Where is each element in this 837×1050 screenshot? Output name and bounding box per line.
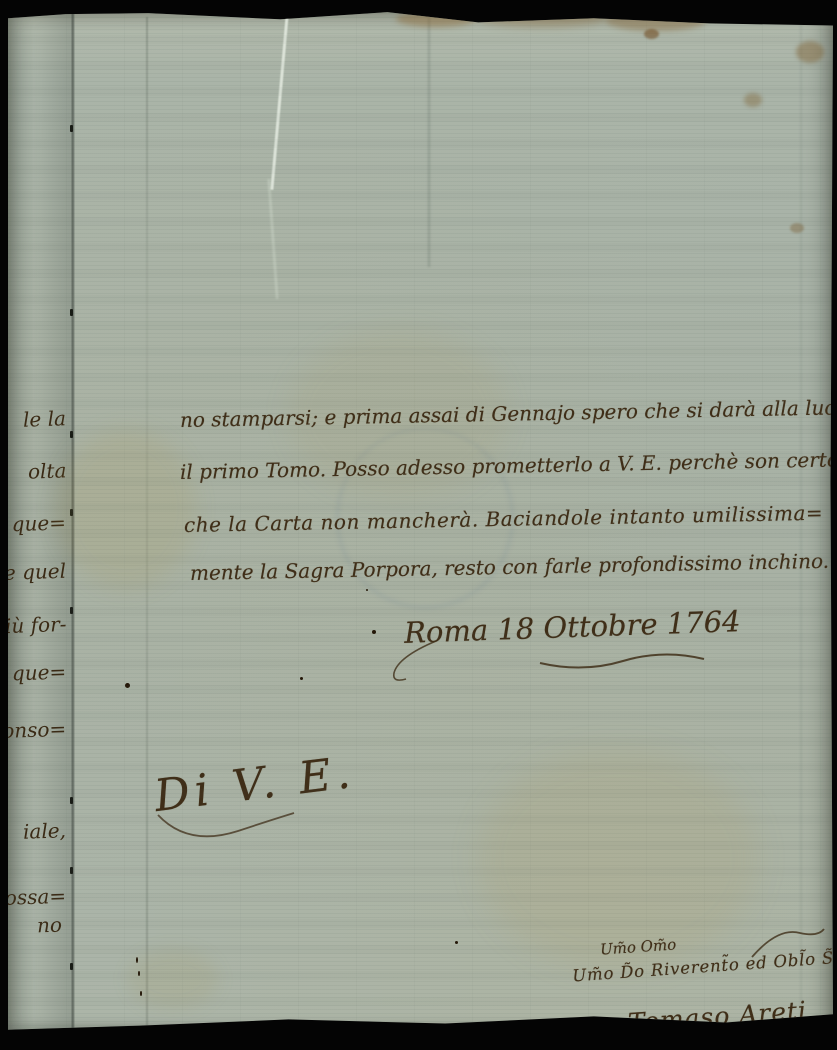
stitch-mark	[70, 125, 73, 132]
paper-stain	[396, 11, 476, 27]
scan-background: le la olta are que= he quel iù for- . e …	[0, 0, 837, 1050]
ink-speck	[125, 683, 130, 688]
dateline: Roma 18 Ottobre 1764	[404, 604, 742, 650]
ink-speck	[140, 991, 142, 996]
ink-speck	[366, 589, 368, 591]
stitch-mark	[70, 431, 73, 438]
paper-crease	[268, 179, 278, 299]
paper-stain	[128, 949, 218, 1009]
margin-fragment: conso=	[8, 717, 66, 744]
paper-fold	[428, 17, 430, 267]
paper-stain	[478, 9, 608, 27]
ink-speck	[789, 1033, 793, 1038]
letter-page: le la olta are que= he quel iù for- . e …	[8, 9, 833, 1039]
paper-stain	[744, 93, 762, 107]
ink-speck	[138, 971, 140, 976]
ink-speck	[300, 677, 303, 680]
ink-speck	[136, 957, 138, 963]
binding-gutter	[71, 9, 75, 1039]
facing-page-edge: le la olta are que= he quel iù for- . e …	[8, 9, 72, 1039]
stitch-mark	[70, 867, 73, 874]
margin-fragment: are que=	[8, 510, 66, 537]
letter-body-line: il primo Tomo. Posso adesso prometterlo …	[180, 447, 837, 484]
closing-abbreviation: Um̃o Om̃o	[599, 935, 676, 958]
addressee-formula: Di V. E.	[152, 747, 358, 822]
margin-fragment: le la	[23, 406, 67, 431]
margin-fragment: . e que=	[8, 660, 66, 687]
stitch-mark	[70, 607, 73, 614]
date-underline-flourish	[538, 649, 708, 675]
margin-fragment: iù for-	[8, 612, 66, 638]
page-edge-fold	[146, 17, 148, 1033]
letter-body-line: no stamparsi; e prima assai di Gennajo s…	[180, 395, 837, 432]
paper-stain	[56, 429, 196, 589]
stitch-mark	[70, 797, 73, 804]
stitch-mark	[70, 509, 73, 516]
ink-speck	[372, 630, 376, 634]
margin-fragment: iale,	[23, 818, 67, 843]
stitch-mark	[70, 963, 73, 970]
margin-fragment: he quel	[8, 559, 66, 586]
stitch-mark	[70, 309, 73, 316]
paper-stain	[644, 29, 659, 39]
signature: Tomaso Areti	[627, 996, 808, 1037]
paper-crease	[270, 15, 288, 190]
ink-speck	[455, 941, 458, 944]
letter-body-line: mente la Sagra Porpora, resto con farle …	[190, 549, 829, 585]
paper-stain	[478, 749, 758, 969]
margin-fragment: possa=	[8, 884, 66, 911]
paper-stain	[606, 11, 706, 31]
margin-fragment: olta	[27, 458, 66, 483]
margin-fragment: no	[37, 913, 63, 938]
